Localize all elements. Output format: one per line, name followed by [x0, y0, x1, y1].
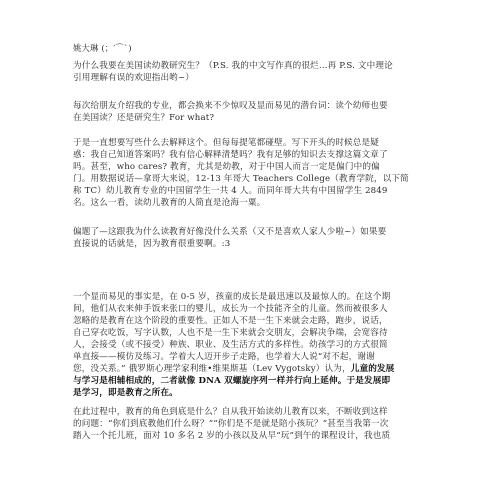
text-line: 于是一直想要写些什么去解释这个。但每每提笔都碰壁。写下开头的时候总是疑 — [73, 138, 379, 149]
text-line: 自己穿衣吃饭，写字认数，人也不是一生下来就会交朋友，会解决争端，会宽容待 — [73, 328, 388, 339]
bold-text-line: 与学习是相辅相成的，二者就像 DNA 双螺旋序列一样并行向上延伸。于是发展即 — [73, 376, 390, 387]
text-line: 一个显而易见的事实是，在 0-5 岁，孩童的成长是最迅速以及最惊人的。在这个期 — [73, 292, 390, 303]
text-line: 偏题了—这跟我为什么读教育好像没什么关系（又不是喜欢人家人少啦~）如果要 — [73, 227, 386, 238]
text-line: 称 TC）幼儿教育专业的中国留学生一共 4 人。而同年哥大共有中国留学生 284… — [73, 186, 388, 197]
bold-text-line: 是学习，即是教育之所在。 — [73, 388, 178, 399]
text-line: 在美国读？还是研究生？For what? — [73, 113, 214, 124]
text-line: 忽略的是教育在这个阶段的重要性。正如人不是一生下来就会走路，跑步，说话， — [73, 316, 388, 327]
text-line: 单直接——模仿及练习。学着大人迈开步子走路，也学着大人说“对不起，谢谢 — [73, 352, 375, 363]
text-line: 每次给朋友介绍我的专业，都会换来不少惊叹及显而易见的潜台词：读个幼师也要 — [73, 101, 388, 112]
text-line: 惑：我自己知道答案吗？我有信心解释清楚吗？我有足够的知识去支撑这篇文章了 — [73, 150, 388, 161]
text-line: 门。用数据说话—拿哥大来说，12-13 年哥大 Teachers College… — [73, 174, 409, 185]
text-line: 踏入一个托儿班，面对 10 多名 2 岁的小孩以及从早“玩”到午的课程设计，我也… — [73, 431, 390, 442]
bold-text-segment: 儿童的发展 — [351, 364, 395, 374]
text-line: 人，会接受（或不接受）种族、职业、及生活方式的多样性。幼孩学习的方式很简 — [73, 340, 388, 351]
text-line: 在此过程中，教育的角色到底是什么？自从我开始读幼儿教育以来，不断收到这样 — [73, 407, 388, 418]
text-line: 吗。甚至，who cares? 教育，尤其是幼教，对于中国人而言一定是偏门中的偏 — [73, 162, 380, 173]
text-line: 直接说的话就是，因为教育很重要啊。:3 — [73, 239, 230, 250]
text-line: 间，他们从衣来伸手饭来张口的婴儿，成长为一个技能齐全的儿童。然而被很多人 — [73, 304, 388, 315]
text-line: 名。这么一看，读幼儿教育的人简直是沧海一粟。 — [73, 198, 265, 209]
text-line: 为什么我要在美国读幼教研究生？（P.S. 我的中文写作真的很烂…再 P.S. 文… — [73, 61, 393, 72]
text-line: 引用理解有误的欢迎指出哟~） — [73, 73, 194, 84]
text-line: 的问题：“你们到底教他们什么呀？”“你们是不是就是陪小孩玩？”甚至当我第一次 — [73, 419, 388, 430]
text-segment: 您，没关系。” 俄罗斯心理学家利维•维果斯基（Lev Vygotsky）认为， — [73, 364, 351, 374]
author-line: 姚大琳 (；′⌒`) — [73, 43, 132, 54]
text-line: 您，没关系。” 俄罗斯心理学家利维•维果斯基（Lev Vygotsky）认为，儿… — [73, 364, 394, 375]
